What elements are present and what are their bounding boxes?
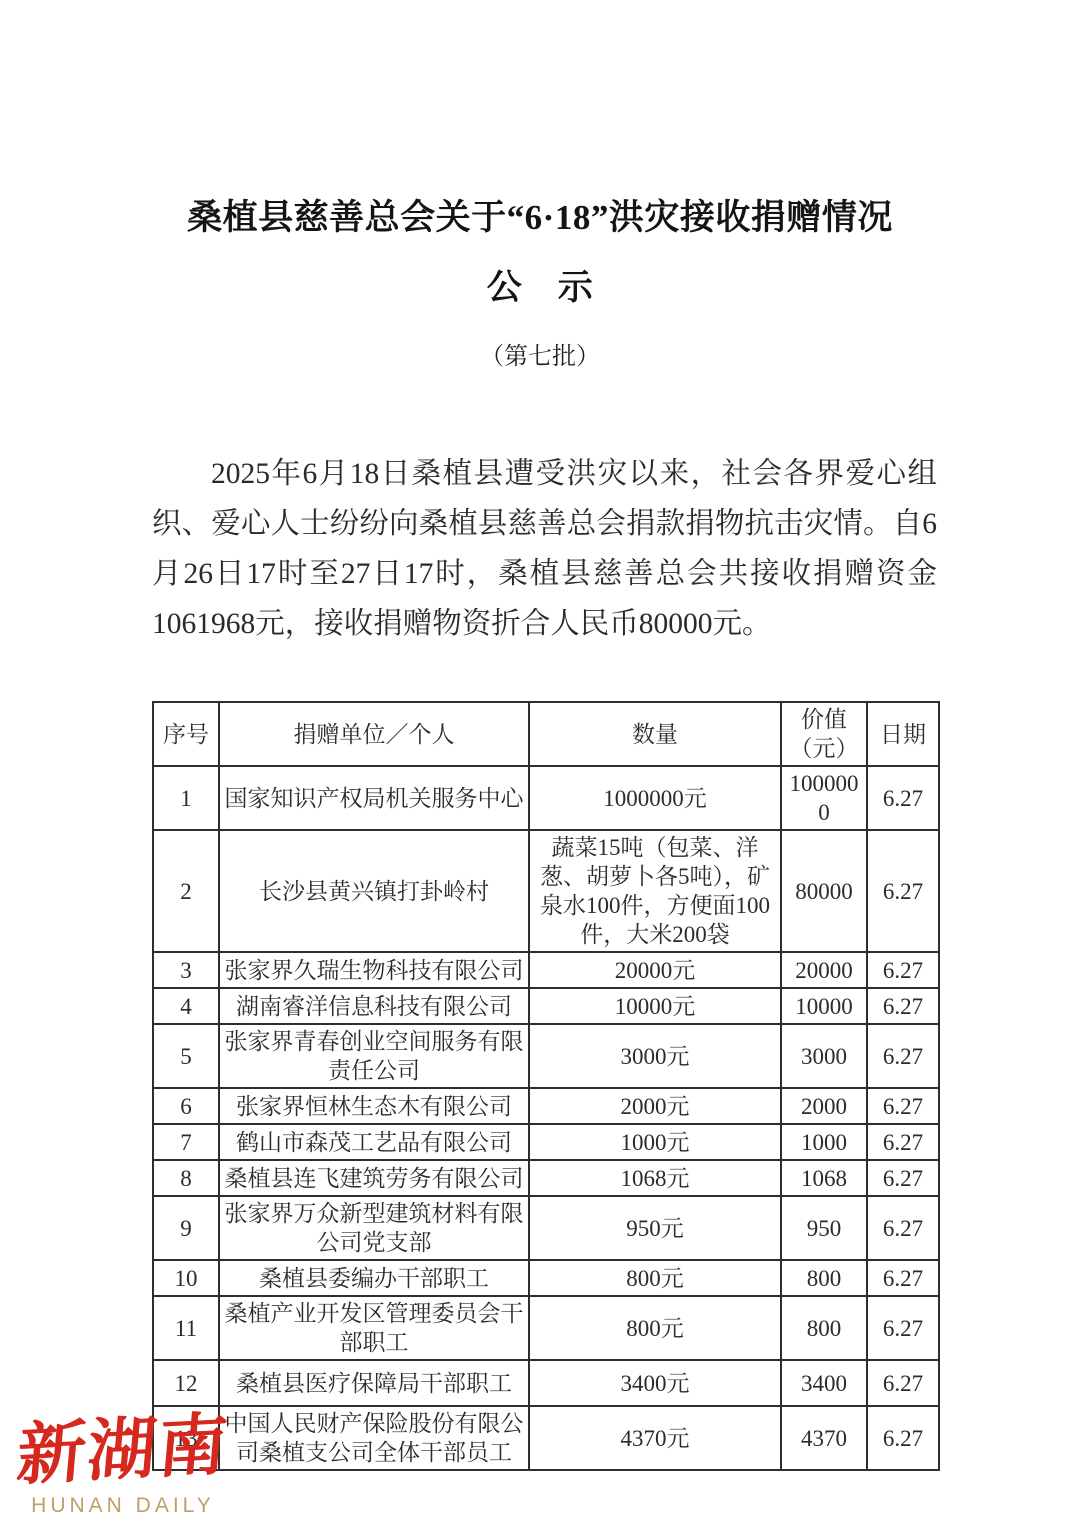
cell-date: 6.27 xyxy=(867,1260,939,1296)
cell-donor: 长沙县黄兴镇打卦岭村 xyxy=(219,830,529,952)
cell-value: 2000 xyxy=(781,1088,867,1124)
hunan-daily-logo: 新湖南 HUNAN DAILY xyxy=(8,1415,238,1518)
cell-no: 11 xyxy=(153,1296,219,1360)
table-row: 10桑植县委编办干部职工800元8006.27 xyxy=(153,1260,939,1296)
cell-no: 3 xyxy=(153,952,219,988)
cell-qty: 蔬菜15吨（包菜、洋葱、胡萝卜各5吨），矿泉水100件，方便面100件，大米20… xyxy=(529,830,781,952)
cell-date: 6.27 xyxy=(867,1296,939,1360)
table-row: 13中国人民财产保险股份有限公司桑植支公司全体干部员工4370元43706.27 xyxy=(153,1406,939,1470)
cell-value: 3000 xyxy=(781,1024,867,1088)
donation-table-body: 1国家知识产权局机关服务中心1000000元10000006.272长沙县黄兴镇… xyxy=(153,766,939,1470)
cell-donor: 张家界恒林生态木有限公司 xyxy=(219,1088,529,1124)
column-header: 序号 xyxy=(153,702,219,766)
table-row: 9张家界万众新型建筑材料有限公司党支部950元9506.27 xyxy=(153,1196,939,1260)
cell-date: 6.27 xyxy=(867,952,939,988)
cell-no: 1 xyxy=(153,766,219,830)
table-row: 11桑植产业开发区管理委员会干部职工800元8006.27 xyxy=(153,1296,939,1360)
cell-date: 6.27 xyxy=(867,1160,939,1196)
cell-qty: 10000元 xyxy=(529,988,781,1024)
cell-value: 20000 xyxy=(781,952,867,988)
cell-no: 6 xyxy=(153,1088,219,1124)
cell-no: 7 xyxy=(153,1124,219,1160)
cell-qty: 1000元 xyxy=(529,1124,781,1160)
cell-no: 4 xyxy=(153,988,219,1024)
column-header: 价值 （元） xyxy=(781,702,867,766)
table-row: 4湖南睿洋信息科技有限公司10000元100006.27 xyxy=(153,988,939,1024)
cell-qty: 800元 xyxy=(529,1296,781,1360)
cell-date: 6.27 xyxy=(867,1024,939,1088)
table-row: 3张家界久瑞生物科技有限公司20000元200006.27 xyxy=(153,952,939,988)
cell-donor: 张家界久瑞生物科技有限公司 xyxy=(219,952,529,988)
cell-donor: 桑植县医疗保障局干部职工 xyxy=(219,1360,529,1406)
cell-value: 4370 xyxy=(781,1406,867,1470)
table-row: 5张家界青春创业空间服务有限责任公司3000元30006.27 xyxy=(153,1024,939,1088)
document-title-line2: 公 示 xyxy=(0,268,1080,308)
cell-date: 6.27 xyxy=(867,830,939,952)
column-header: 捐赠单位／个人 xyxy=(219,702,529,766)
column-header: 日期 xyxy=(867,702,939,766)
cell-no: 2 xyxy=(153,830,219,952)
cell-value: 800 xyxy=(781,1260,867,1296)
cell-value: 3400 xyxy=(781,1360,867,1406)
cell-qty: 1000000元 xyxy=(529,766,781,830)
cell-date: 6.27 xyxy=(867,1406,939,1470)
donation-table: 序号捐赠单位／个人数量价值 （元）日期 1国家知识产权局机关服务中心100000… xyxy=(152,701,940,1471)
cell-donor: 桑植产业开发区管理委员会干部职工 xyxy=(219,1296,529,1360)
cell-donor: 国家知识产权局机关服务中心 xyxy=(219,766,529,830)
cell-donor: 中国人民财产保险股份有限公司桑植支公司全体干部员工 xyxy=(219,1406,529,1470)
cell-date: 6.27 xyxy=(867,1124,939,1160)
cell-date: 6.27 xyxy=(867,1196,939,1260)
cell-qty: 3400元 xyxy=(529,1360,781,1406)
document-page: 桑植县慈善总会关于“6·18”洪灾接收捐赠情况 公 示 （第七批） 2025年6… xyxy=(0,0,1080,1528)
cell-qty: 20000元 xyxy=(529,952,781,988)
table-row: 1国家知识产权局机关服务中心1000000元10000006.27 xyxy=(153,766,939,830)
cell-value: 1000 xyxy=(781,1124,867,1160)
table-row: 2长沙县黄兴镇打卦岭村蔬菜15吨（包菜、洋葱、胡萝卜各5吨），矿泉水100件，方… xyxy=(153,830,939,952)
cell-value: 950 xyxy=(781,1196,867,1260)
table-row: 12桑植县医疗保障局干部职工3400元34006.27 xyxy=(153,1360,939,1406)
intro-paragraph: 2025年6月18日桑植县遭受洪灾以来，社会各界爱心组织、爱心人士纷纷向桑植县慈… xyxy=(152,449,937,649)
cell-qty: 2000元 xyxy=(529,1088,781,1124)
table-row: 8桑植县连飞建筑劳务有限公司1068元10686.27 xyxy=(153,1160,939,1196)
cell-no: 5 xyxy=(153,1024,219,1088)
cell-qty: 4370元 xyxy=(529,1406,781,1470)
cell-date: 6.27 xyxy=(867,766,939,830)
table-row: 6张家界恒林生态木有限公司2000元20006.27 xyxy=(153,1088,939,1124)
cell-donor: 桑植县委编办干部职工 xyxy=(219,1260,529,1296)
cell-value: 1000000 xyxy=(781,766,867,830)
cell-date: 6.27 xyxy=(867,1360,939,1406)
cell-date: 6.27 xyxy=(867,988,939,1024)
cell-qty: 1068元 xyxy=(529,1160,781,1196)
cell-qty: 950元 xyxy=(529,1196,781,1260)
logo-chinese-text: 新湖南 xyxy=(4,1409,242,1492)
cell-no: 10 xyxy=(153,1260,219,1296)
cell-donor: 湖南睿洋信息科技有限公司 xyxy=(219,988,529,1024)
table-row: 7鹤山市森茂工艺品有限公司1000元10006.27 xyxy=(153,1124,939,1160)
logo-english-text: HUNAN DAILY xyxy=(8,1494,238,1518)
cell-qty: 3000元 xyxy=(529,1024,781,1088)
table-header-row: 序号捐赠单位／个人数量价值 （元）日期 xyxy=(153,702,939,766)
cell-qty: 800元 xyxy=(529,1260,781,1296)
cell-donor: 桑植县连飞建筑劳务有限公司 xyxy=(219,1160,529,1196)
cell-donor: 张家界青春创业空间服务有限责任公司 xyxy=(219,1024,529,1088)
cell-no: 9 xyxy=(153,1196,219,1260)
column-header: 数量 xyxy=(529,702,781,766)
cell-donor: 张家界万众新型建筑材料有限公司党支部 xyxy=(219,1196,529,1260)
document-title-line1: 桑植县慈善总会关于“6·18”洪灾接收捐赠情况 xyxy=(0,198,1080,238)
cell-value: 1068 xyxy=(781,1160,867,1196)
cell-donor: 鹤山市森茂工艺品有限公司 xyxy=(219,1124,529,1160)
cell-no: 12 xyxy=(153,1360,219,1406)
title-block: 桑植县慈善总会关于“6·18”洪灾接收捐赠情况 公 示 （第七批） xyxy=(0,0,1080,371)
cell-value: 800 xyxy=(781,1296,867,1360)
cell-no: 8 xyxy=(153,1160,219,1196)
cell-value: 80000 xyxy=(781,830,867,952)
cell-value: 10000 xyxy=(781,988,867,1024)
batch-subtitle: （第七批） xyxy=(0,336,1080,371)
cell-date: 6.27 xyxy=(867,1088,939,1124)
